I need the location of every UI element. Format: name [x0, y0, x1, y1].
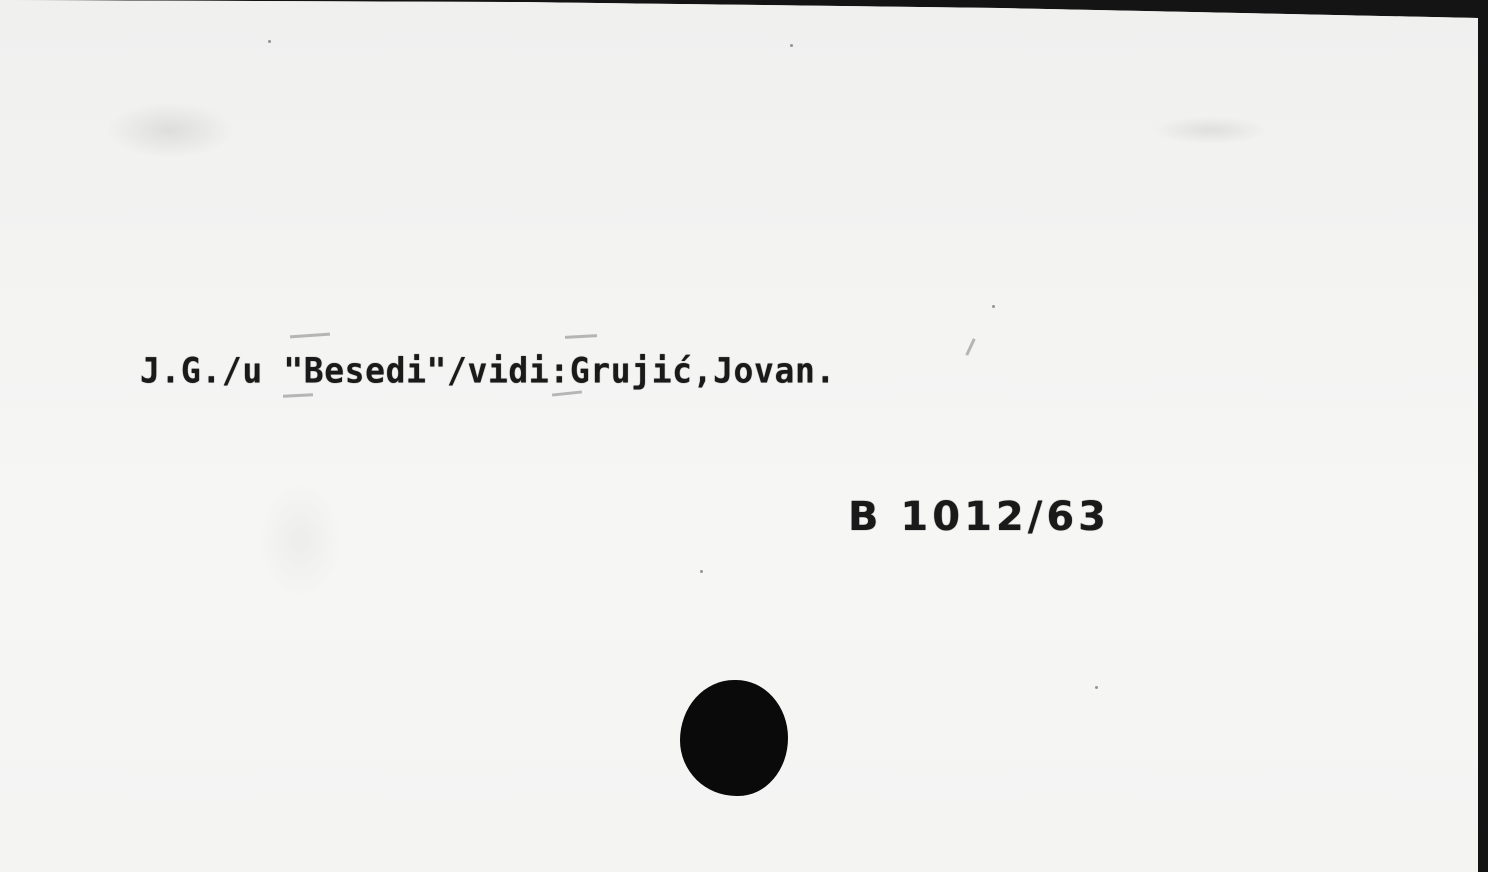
- catalog-card: J.G./u "Besedi"/vidi:Grujić,Jovan. B 101…: [0, 0, 1478, 872]
- paper-speck: [268, 40, 271, 43]
- pencil-underline-mark: [565, 334, 597, 339]
- paper-speck: [992, 305, 995, 308]
- paper-speck: [1095, 686, 1098, 689]
- paper-speck: [700, 570, 703, 573]
- pencil-underline-mark: [283, 393, 313, 398]
- scan-background: J.G./u "Besedi"/vidi:Grujić,Jovan. B 101…: [0, 0, 1488, 872]
- call-number: B 1012/63: [848, 494, 1110, 540]
- punch-hole: [680, 680, 788, 796]
- catalog-entry-line: J.G./u "Besedi"/vidi:Grujić,Jovan.: [140, 350, 836, 391]
- pencil-accent-mark: [965, 338, 975, 356]
- pencil-underline-mark: [290, 333, 330, 339]
- pencil-underline-mark: [552, 390, 582, 396]
- paper-speck: [790, 44, 793, 47]
